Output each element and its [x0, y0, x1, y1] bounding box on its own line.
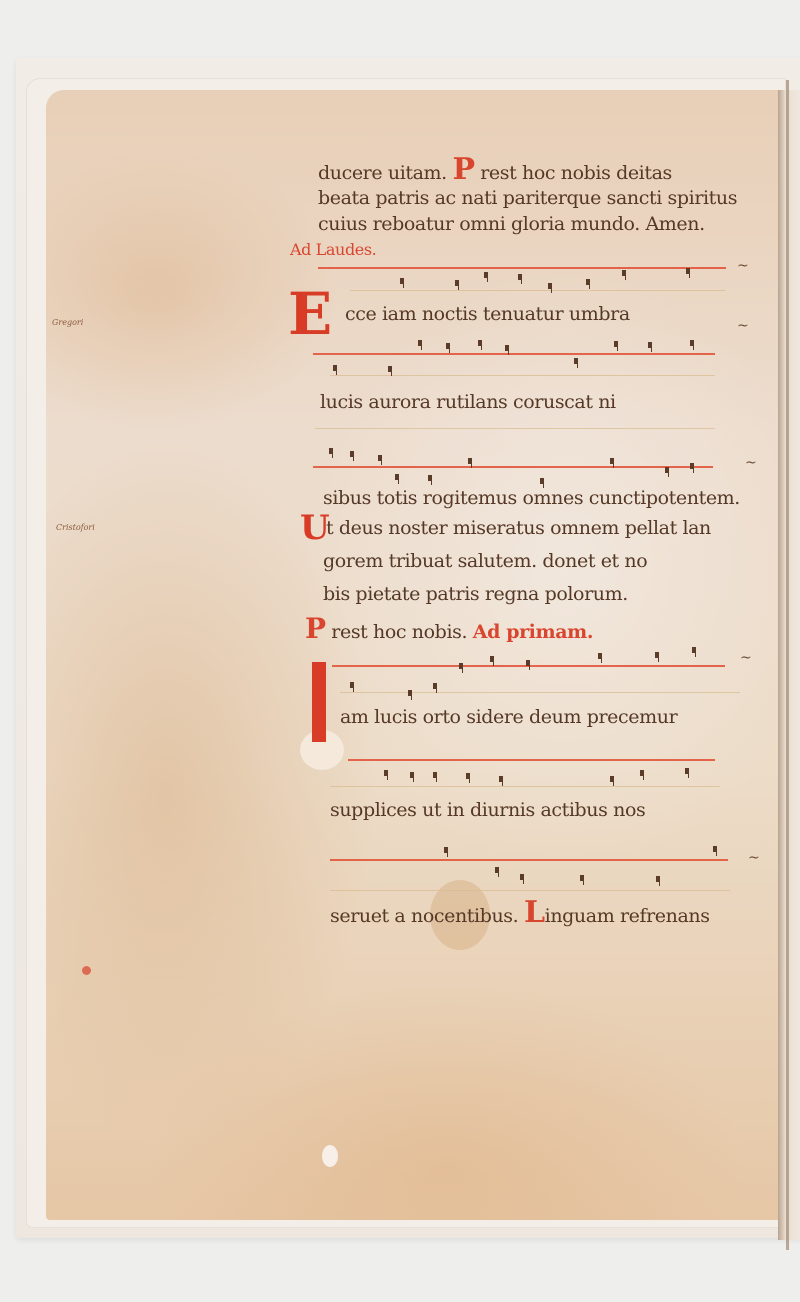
neume — [518, 274, 522, 280]
neume — [408, 690, 412, 696]
staff-line — [330, 786, 720, 787]
text-line: cce iam noctis tenuatur umbra — [345, 303, 630, 325]
neume — [540, 478, 544, 484]
neume — [665, 467, 669, 473]
neume — [478, 340, 482, 346]
custos-mark: ~ — [745, 455, 757, 471]
neume — [484, 272, 488, 278]
text-line: t deus noster miseratus omnem pellat lan — [326, 517, 711, 539]
margin-note: Cristofori — [56, 523, 95, 532]
staff-line — [318, 267, 726, 269]
neume — [490, 656, 494, 662]
neume — [598, 653, 602, 659]
neume — [648, 342, 652, 348]
neume — [410, 772, 414, 778]
neume — [692, 647, 696, 653]
binding-gutter — [778, 90, 800, 1240]
red-initial-l: L — [524, 895, 545, 930]
staff-line — [313, 353, 715, 355]
neume — [418, 340, 422, 346]
staff-line — [348, 759, 715, 761]
neume — [640, 770, 644, 776]
text-line: seruet a nocentibus. Linguam refrenans — [330, 895, 710, 930]
neume — [548, 283, 552, 289]
neume — [333, 365, 337, 371]
red-initial-e: E — [288, 280, 332, 348]
neume — [433, 683, 437, 689]
staff-line — [330, 375, 715, 376]
neume — [655, 652, 659, 658]
neume — [466, 773, 470, 779]
neume — [610, 776, 614, 782]
neume — [350, 682, 354, 688]
neume — [455, 280, 459, 286]
neume — [388, 366, 392, 372]
staff-line — [313, 466, 713, 468]
text-line: bis pietate patris regna polorum. — [323, 583, 628, 605]
text-line: gorem tribuat salutem. donet et no — [323, 550, 647, 572]
text-line: P rest hoc nobis. Ad primam. — [305, 612, 593, 645]
neume — [459, 663, 463, 669]
neume — [526, 660, 530, 666]
text-line: cuius reboatur omni gloria mundo. Amen. — [318, 213, 705, 235]
text-line: supplices ut in diurnis actibus nos — [330, 799, 645, 821]
text-line: am lucis orto sidere deum precemur — [340, 706, 677, 728]
neume — [400, 278, 404, 284]
red-initial-p: P — [452, 152, 474, 187]
neume — [329, 448, 333, 454]
neume — [685, 768, 689, 774]
text-line: sibus totis rogitemus omnes cunctipotent… — [323, 487, 740, 509]
neume — [378, 455, 382, 461]
neume — [614, 341, 618, 347]
staff-line — [315, 428, 715, 429]
neume — [690, 463, 694, 469]
staff-line — [340, 692, 740, 693]
neume — [495, 867, 499, 873]
neume — [350, 451, 354, 457]
parchment-leaf — [46, 90, 781, 1220]
text-line: beata patris ac nati pariterque sancti s… — [318, 187, 737, 209]
neume — [384, 770, 388, 776]
neume — [656, 876, 660, 882]
neume — [580, 875, 584, 881]
neume — [444, 847, 448, 853]
custos-mark: ~ — [740, 650, 752, 666]
neume — [499, 776, 503, 782]
neume — [505, 345, 509, 351]
text-line: lucis aurora rutilans coruscat ni — [320, 391, 616, 413]
red-initial-p: P — [305, 612, 326, 645]
neume — [433, 772, 437, 778]
red-initial-i — [312, 662, 326, 742]
custos-mark: ~ — [737, 318, 749, 334]
margin-note: Gregori — [52, 318, 83, 327]
neume — [395, 474, 399, 480]
neume — [690, 340, 694, 346]
neume — [428, 475, 432, 481]
staff-line — [330, 890, 730, 891]
text-line: ducere uitam. P rest hoc nobis deitas — [318, 152, 672, 187]
neume — [622, 270, 626, 276]
neume — [574, 358, 578, 364]
rubric-heading-ad-primam: Ad primam. — [473, 621, 593, 643]
neume — [713, 846, 717, 852]
custos-mark: ~ — [737, 258, 749, 274]
neume — [586, 279, 590, 285]
staff-line — [350, 290, 725, 291]
staff-line — [330, 859, 728, 861]
custos-mark: ~ — [748, 850, 760, 866]
neume — [520, 874, 524, 880]
neume — [446, 343, 450, 349]
rubric-heading-ad-laudes: Ad Laudes. — [290, 240, 376, 259]
neume — [610, 458, 614, 464]
neume — [468, 458, 472, 464]
red-ink-spot — [82, 966, 91, 975]
neume — [686, 268, 690, 274]
stain-spot — [322, 1145, 338, 1167]
next-leaf-edge — [786, 80, 789, 1250]
